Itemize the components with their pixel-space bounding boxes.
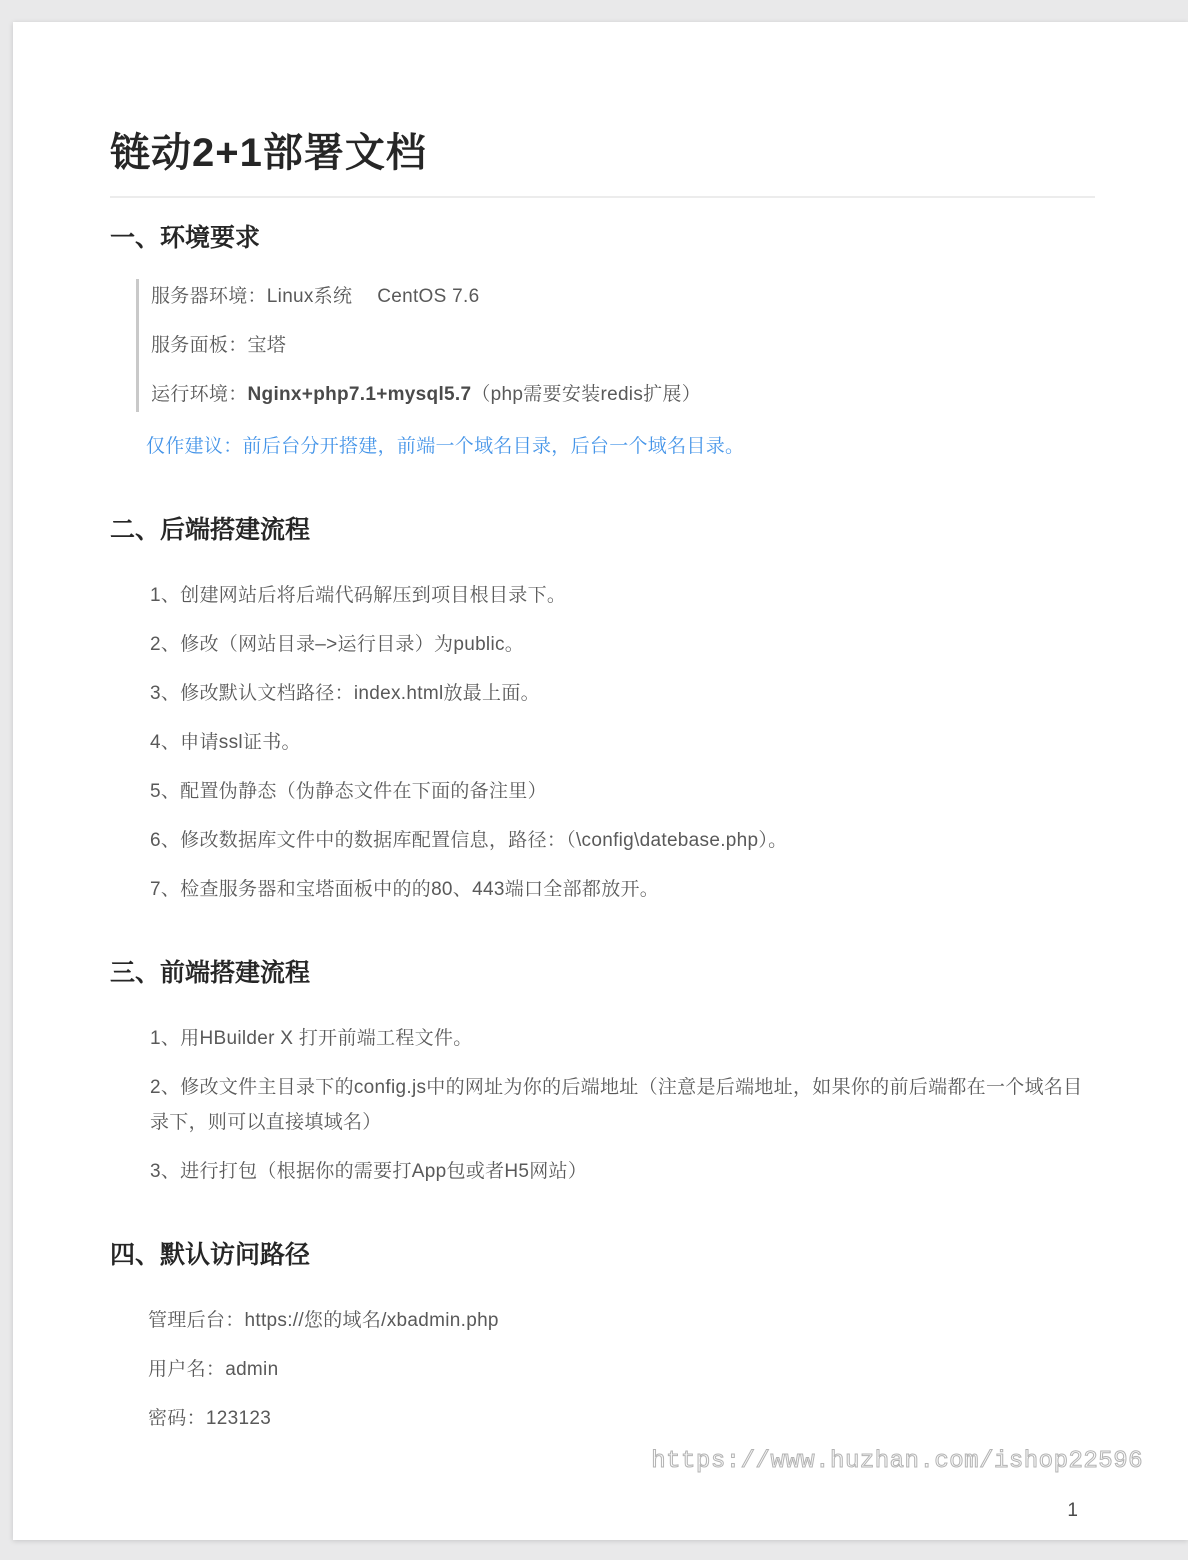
section-access-paths: 四、默认访问路径 管理后台：https://您的域名/xbadmin.php 用…	[110, 1239, 1095, 1436]
admin-url-line: 管理后台：https://您的域名/xbadmin.php	[148, 1303, 1095, 1338]
backend-step-list: 1、创建网站后将后端代码解压到项目根目录下。 2、修改（网站目录–>运行目录）为…	[150, 578, 1095, 907]
section-backend: 二、后端搭建流程 1、创建网站后将后端代码解压到项目根目录下。 2、修改（网站目…	[110, 514, 1095, 907]
title-divider	[110, 196, 1095, 198]
list-item: 3、修改默认文档路径：index.html放最上面。	[150, 676, 1095, 711]
password-line: 密码：123123	[148, 1401, 1095, 1436]
access-lines: 管理后台：https://您的域名/xbadmin.php 用户名：admin …	[148, 1303, 1095, 1436]
advice-note: 仅作建议：前后台分开搭建，前端一个域名目录，后台一个域名目录。	[146, 429, 1095, 464]
list-item: 2、修改（网站目录–>运行目录）为public。	[150, 627, 1095, 662]
list-item: 2、修改文件主目录下的config.js中的网址为你的后端地址（注意是后端地址，…	[150, 1070, 1095, 1140]
list-item: 5、配置伪静态（伪静态文件在下面的备注里）	[150, 774, 1095, 809]
runtime-environment-line: 运行环境：Nginx+php7.1+mysql5.7（php需要安装redis扩…	[151, 377, 1095, 412]
service-panel-line: 服务面板：宝塔	[151, 328, 1095, 363]
username-line: 用户名：admin	[148, 1352, 1095, 1387]
runtime-note: （php需要安装redis扩展）	[471, 384, 701, 405]
section-heading-access: 四、默认访问路径	[110, 1239, 1095, 1271]
document-page: 链动2+1部署文档 一、环境要求 服务器环境：Linux系统 CentOS 7.…	[13, 22, 1188, 1540]
list-item: 1、创建网站后将后端代码解压到项目根目录下。	[150, 578, 1095, 613]
list-item: 4、申请ssl证书。	[150, 725, 1095, 760]
document-content: 链动2+1部署文档 一、环境要求 服务器环境：Linux系统 CentOS 7.…	[13, 22, 1188, 1436]
list-item: 3、进行打包（根据你的需要打App包或者H5网站）	[150, 1154, 1095, 1189]
runtime-label: 运行环境：	[151, 384, 248, 405]
section-heading-environment: 一、环境要求	[110, 222, 1095, 254]
server-environment-line: 服务器环境：Linux系统 CentOS 7.6	[151, 279, 1095, 314]
section-heading-frontend: 三、前端搭建流程	[110, 957, 1095, 989]
page-title: 链动2+1部署文档	[110, 128, 1095, 178]
environment-blockquote: 服务器环境：Linux系统 CentOS 7.6 服务面板：宝塔 运行环境：Ng…	[136, 279, 1095, 412]
watermark-text: https://www.huzhan.com/ishop22596	[651, 1448, 1143, 1475]
section-frontend: 三、前端搭建流程 1、用HBuilder X 打开前端工程文件。 2、修改文件主…	[110, 957, 1095, 1189]
section-heading-backend: 二、后端搭建流程	[110, 514, 1095, 546]
runtime-stack: Nginx+php7.1+mysql5.7	[248, 384, 472, 405]
frontend-step-list: 1、用HBuilder X 打开前端工程文件。 2、修改文件主目录下的confi…	[150, 1021, 1095, 1189]
list-item: 7、检查服务器和宝塔面板中的的80、443端口全部都放开。	[150, 872, 1095, 907]
list-item: 6、修改数据库文件中的数据库配置信息，路径：（\config\datebase.…	[150, 823, 1095, 858]
section-environment: 一、环境要求 服务器环境：Linux系统 CentOS 7.6 服务面板：宝塔 …	[110, 222, 1095, 464]
list-item: 1、用HBuilder X 打开前端工程文件。	[150, 1021, 1095, 1056]
page-number: 1	[1067, 1499, 1078, 1522]
